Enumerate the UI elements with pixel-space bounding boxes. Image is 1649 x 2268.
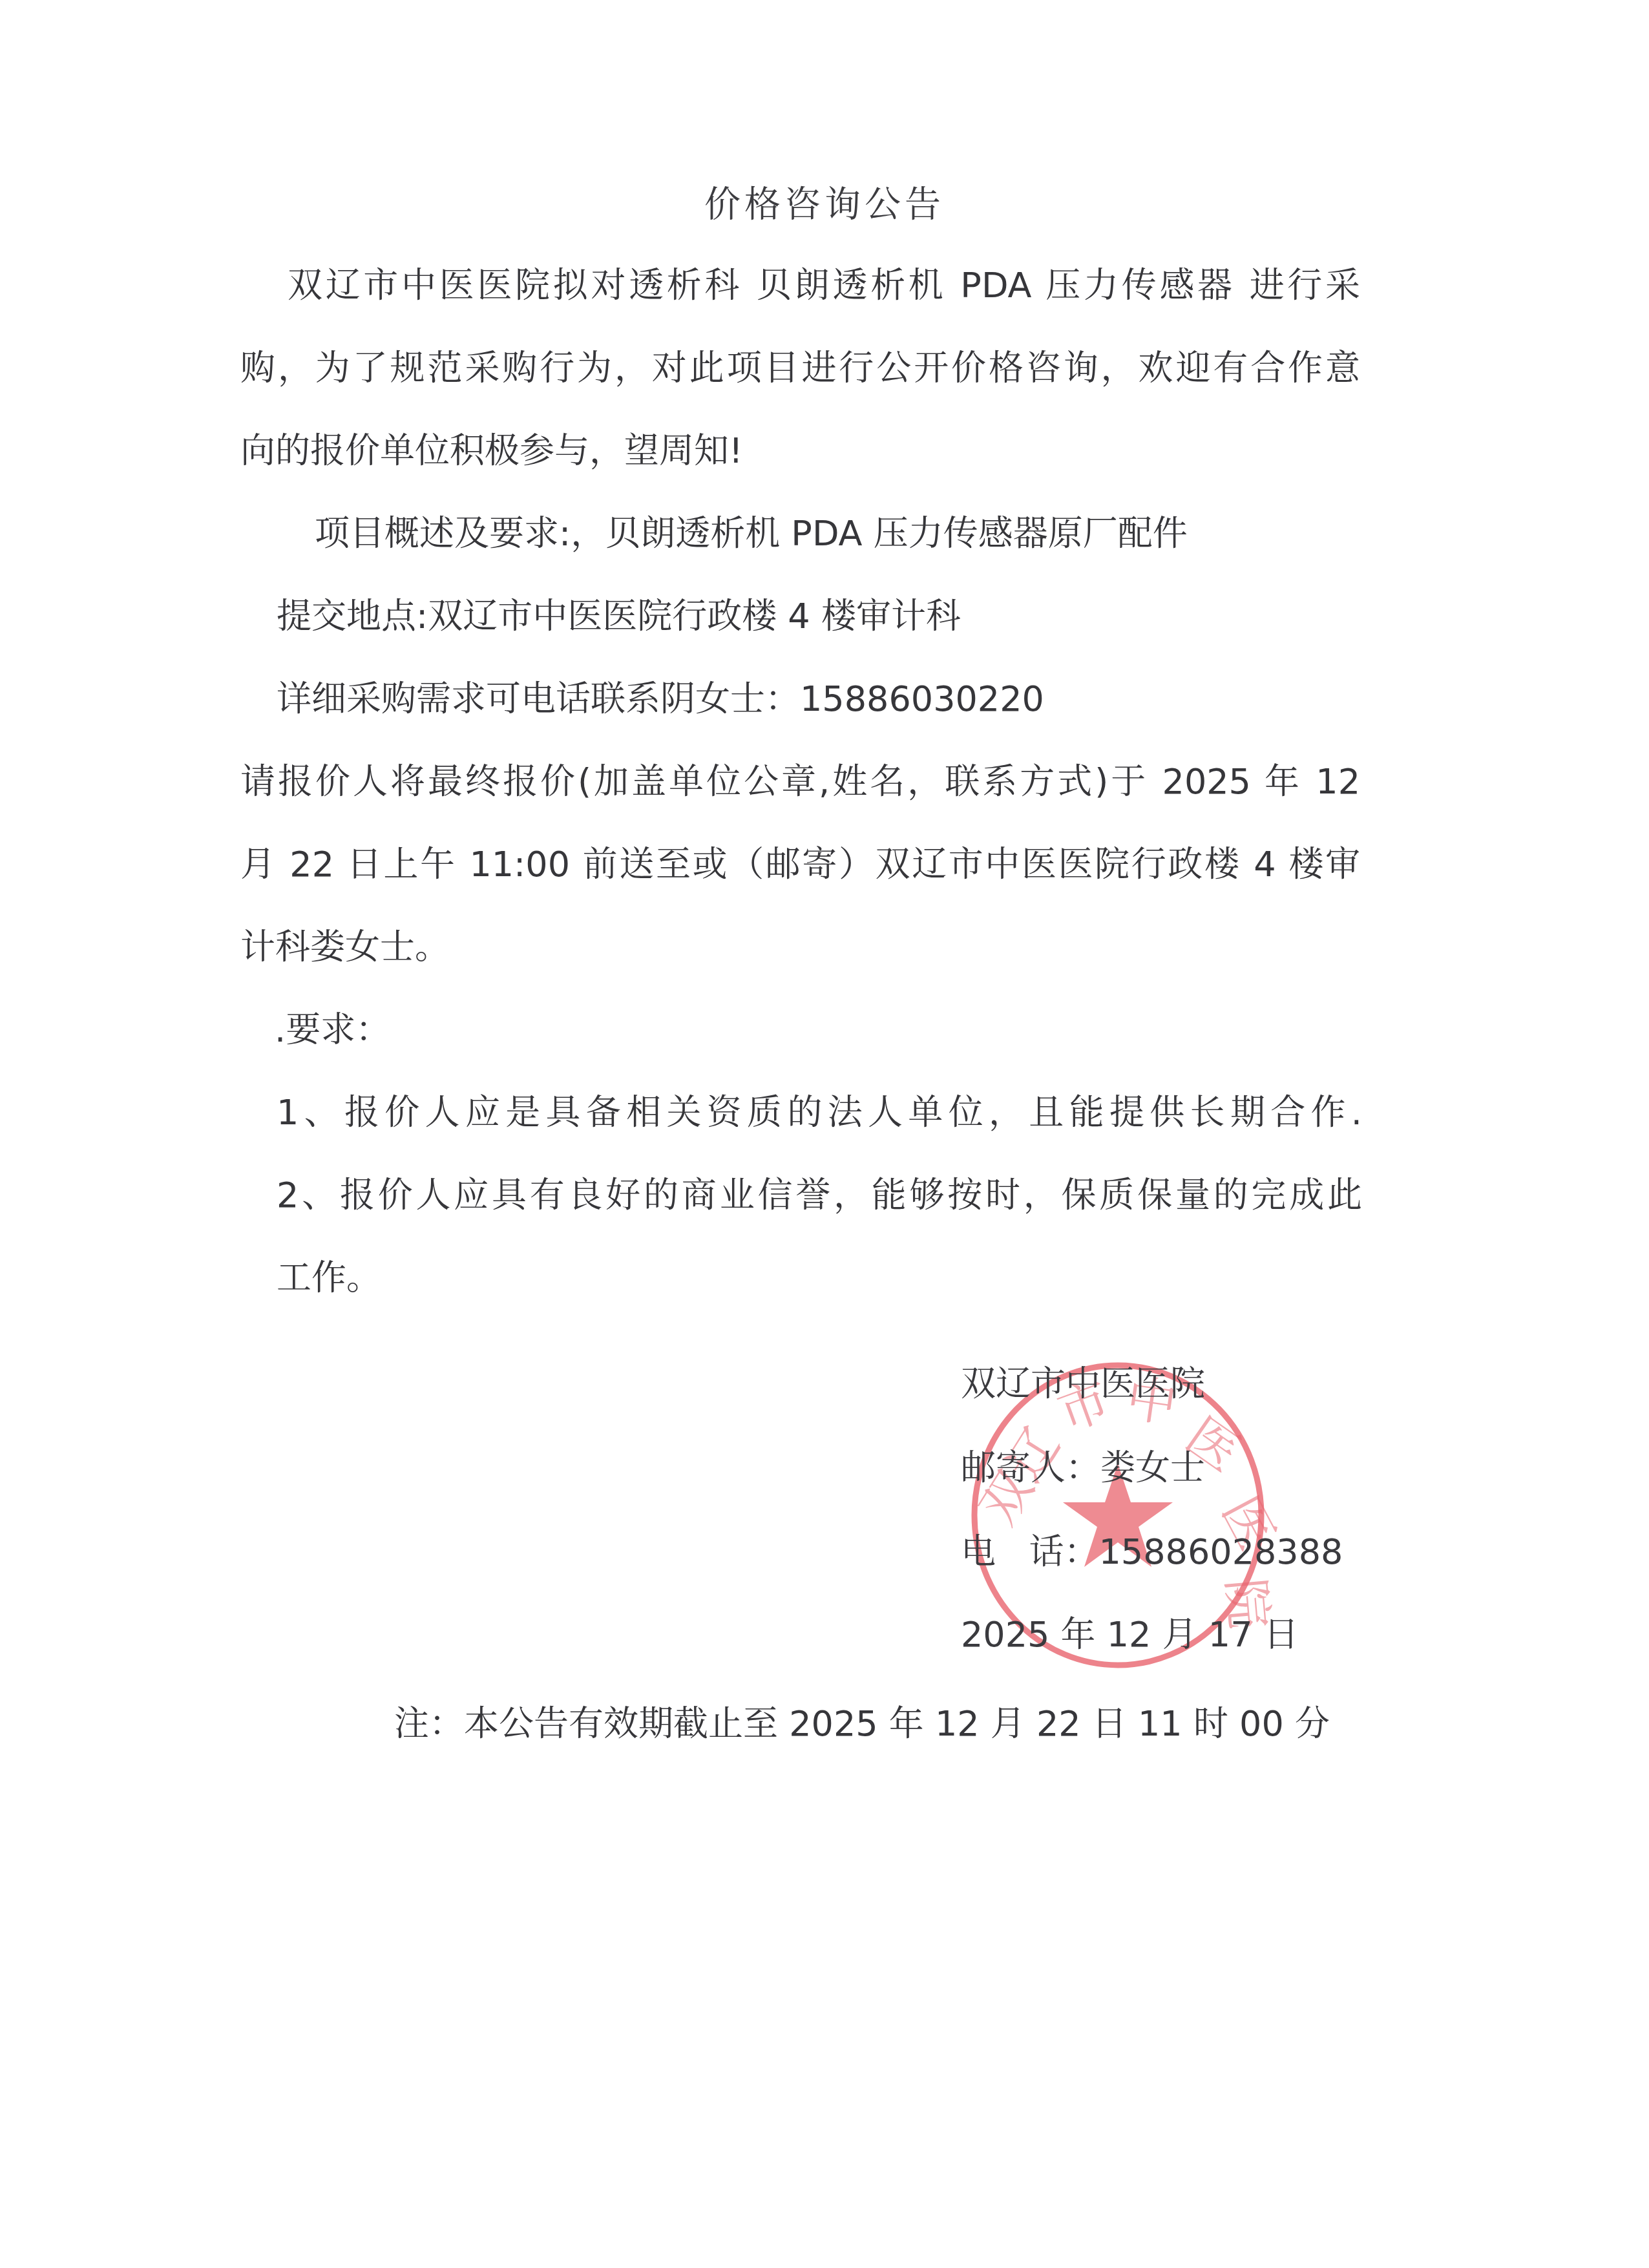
document-title: 价格咨询公告	[0, 176, 1649, 227]
contact-detail: 详细采购需求可电话联系阴女士：15886030220	[277, 678, 1044, 720]
submission-location: 提交地点:双辽市中医医院行政楼 4 楼审计科	[277, 596, 961, 637]
requirement-item-2: 2、报价人应具有良好的商业信誉，能够按时，保质保量的完成此	[277, 1175, 1362, 1216]
signature-phone: 电 话：15886028388	[961, 1531, 1343, 1573]
signature-organization: 双辽市中医医院	[961, 1363, 1205, 1405]
requirement-item-1: 1、报价人应是具备相关资质的法人单位，且能提供长期合作.	[277, 1092, 1362, 1133]
deadline-line-2: 月 22 日上午 11:00 前送至或（邮寄）双辽市中医医院行政楼 4 楼审	[240, 844, 1360, 885]
project-overview: 项目概述及要求:，贝朗透析机 PDA 压力传感器原厂配件	[315, 513, 1188, 554]
validity-note: 注：本公告有效期截止至 2025 年 12 月 22 日 11 时 00 分	[394, 1703, 1330, 1745]
requirement-item-2-cont: 工作。	[277, 1257, 381, 1299]
intro-line-2: 购，为了规范采购行为，对此项目进行公开价格咨询，欢迎有合作意	[240, 348, 1360, 389]
deadline-line-3: 计科娄女士。	[240, 927, 450, 968]
requirements-heading: .要求：	[275, 1009, 390, 1051]
deadline-line-1: 请报价人将最终报价(加盖单位公章,姓名，联系方式)于 2025 年 12	[240, 761, 1360, 803]
intro-line-1: 双辽市中医医院拟对透析科 贝朗透析机 PDA 压力传感器 进行采	[288, 265, 1360, 306]
intro-line-3: 向的报价单位积极参与，望周知!	[240, 430, 743, 472]
signature-sender: 邮寄人：娄女士	[961, 1447, 1205, 1489]
signature-date: 2025 年 12 月 17 日	[961, 1614, 1299, 1655]
document-page: 价格咨询公告 双辽市中医医院拟对透析科 贝朗透析机 PDA 压力传感器 进行采 …	[0, 0, 1649, 2268]
